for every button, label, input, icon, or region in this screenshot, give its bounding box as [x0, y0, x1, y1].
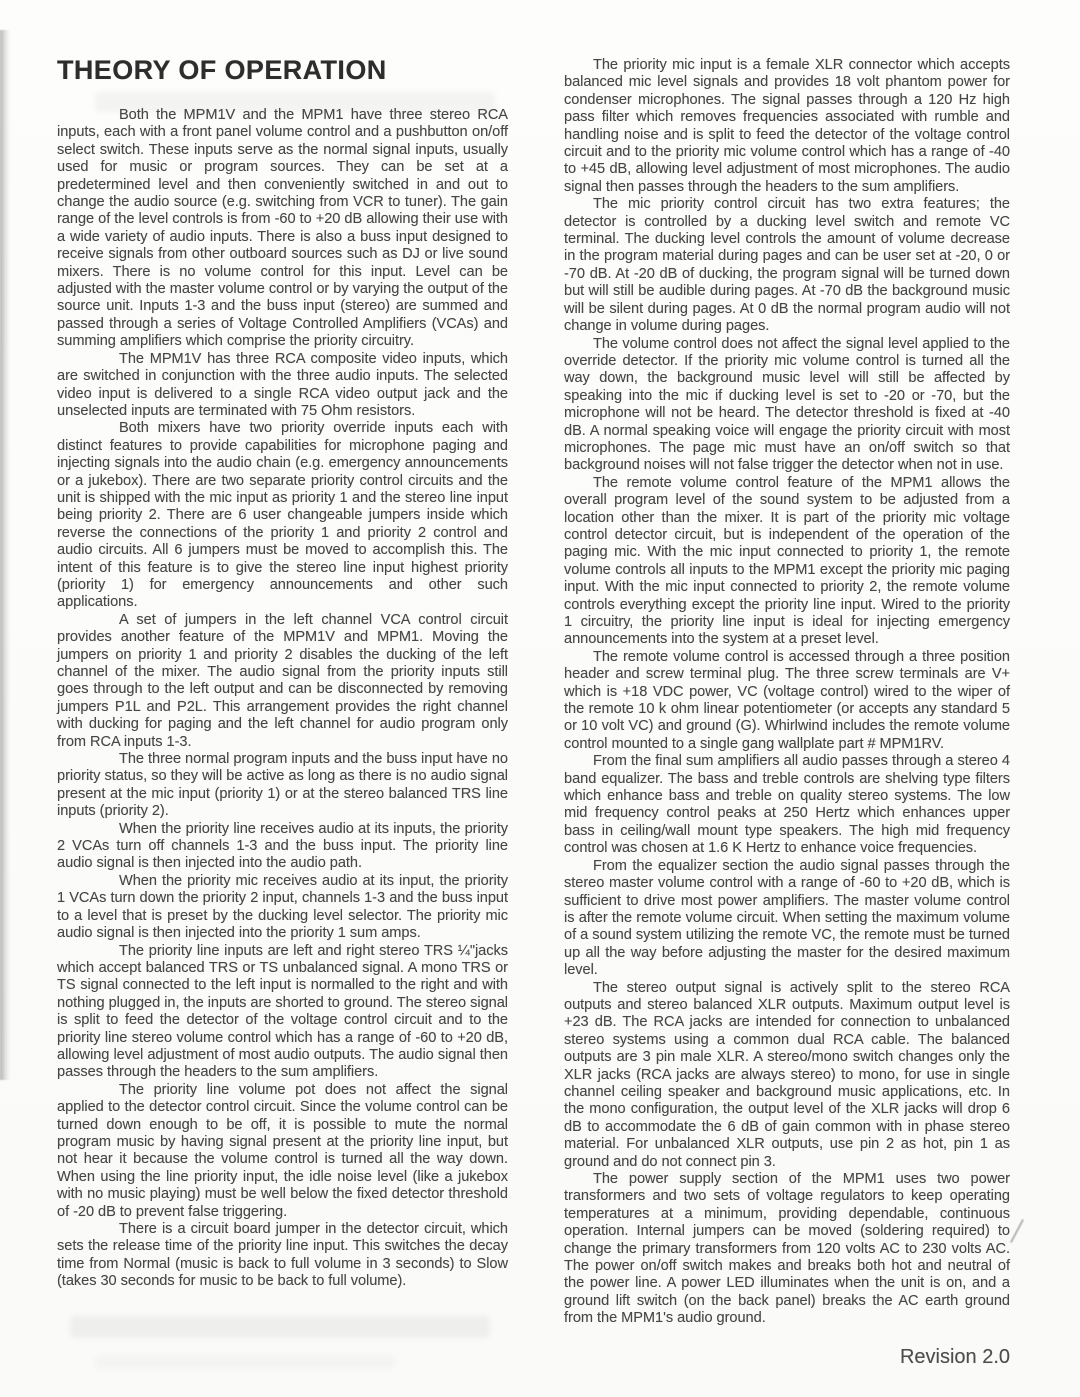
- paragraph: The MPM1V has three RCA composite video …: [57, 351, 508, 421]
- paragraph: From the final sum amplifiers all audio …: [564, 753, 1010, 857]
- paragraph: Both mixers have two priority override i…: [57, 420, 508, 611]
- print-through-artifact: [95, 1355, 395, 1369]
- paragraph: The remote volume control is accessed th…: [564, 649, 1010, 753]
- page-title: THEORY OF OPERATION: [57, 54, 508, 86]
- paragraph: When the priority line receives audio at…: [57, 821, 508, 873]
- right-column-text: The priority mic input is a female XLR c…: [564, 57, 1010, 1328]
- paragraph: From the equalizer section the audio sig…: [564, 858, 1010, 980]
- paragraph: The three normal program inputs and the …: [57, 751, 508, 821]
- paragraph: Both the MPM1V and the MPM1 have three s…: [57, 107, 508, 351]
- paragraph: When the priority mic receives audio at …: [57, 873, 508, 943]
- paragraph: The mic priority control circuit has two…: [564, 196, 1010, 335]
- left-column-text: Both the MPM1V and the MPM1 have three s…: [57, 107, 508, 1291]
- paragraph: There is a circuit board jumper in the d…: [57, 1221, 508, 1291]
- right-column: The priority mic input is a female XLR c…: [564, 57, 1010, 1369]
- paragraph: The remote volume control feature of the…: [564, 475, 1010, 649]
- paragraph: A set of jumpers in the left channel VCA…: [57, 612, 508, 751]
- document-page: THEORY OF OPERATION Both the MPM1V and t…: [0, 0, 1080, 1397]
- left-column: THEORY OF OPERATION Both the MPM1V and t…: [57, 54, 508, 1291]
- revision-label: Revision 2.0: [564, 1345, 1010, 1369]
- paragraph: The volume control does not affect the s…: [564, 336, 1010, 475]
- scan-mark-artifact: [1010, 1219, 1024, 1243]
- scan-edge-artifact: [0, 30, 11, 1080]
- print-through-artifact: [70, 1316, 490, 1338]
- paragraph: The priority line volume pot does not af…: [57, 1082, 508, 1221]
- paragraph: The stereo output signal is actively spl…: [564, 980, 1010, 1171]
- paragraph: The priority mic input is a female XLR c…: [564, 57, 1010, 196]
- paragraph: The priority line inputs are left and ri…: [57, 943, 508, 1082]
- paragraph: The power supply section of the MPM1 use…: [564, 1171, 1010, 1328]
